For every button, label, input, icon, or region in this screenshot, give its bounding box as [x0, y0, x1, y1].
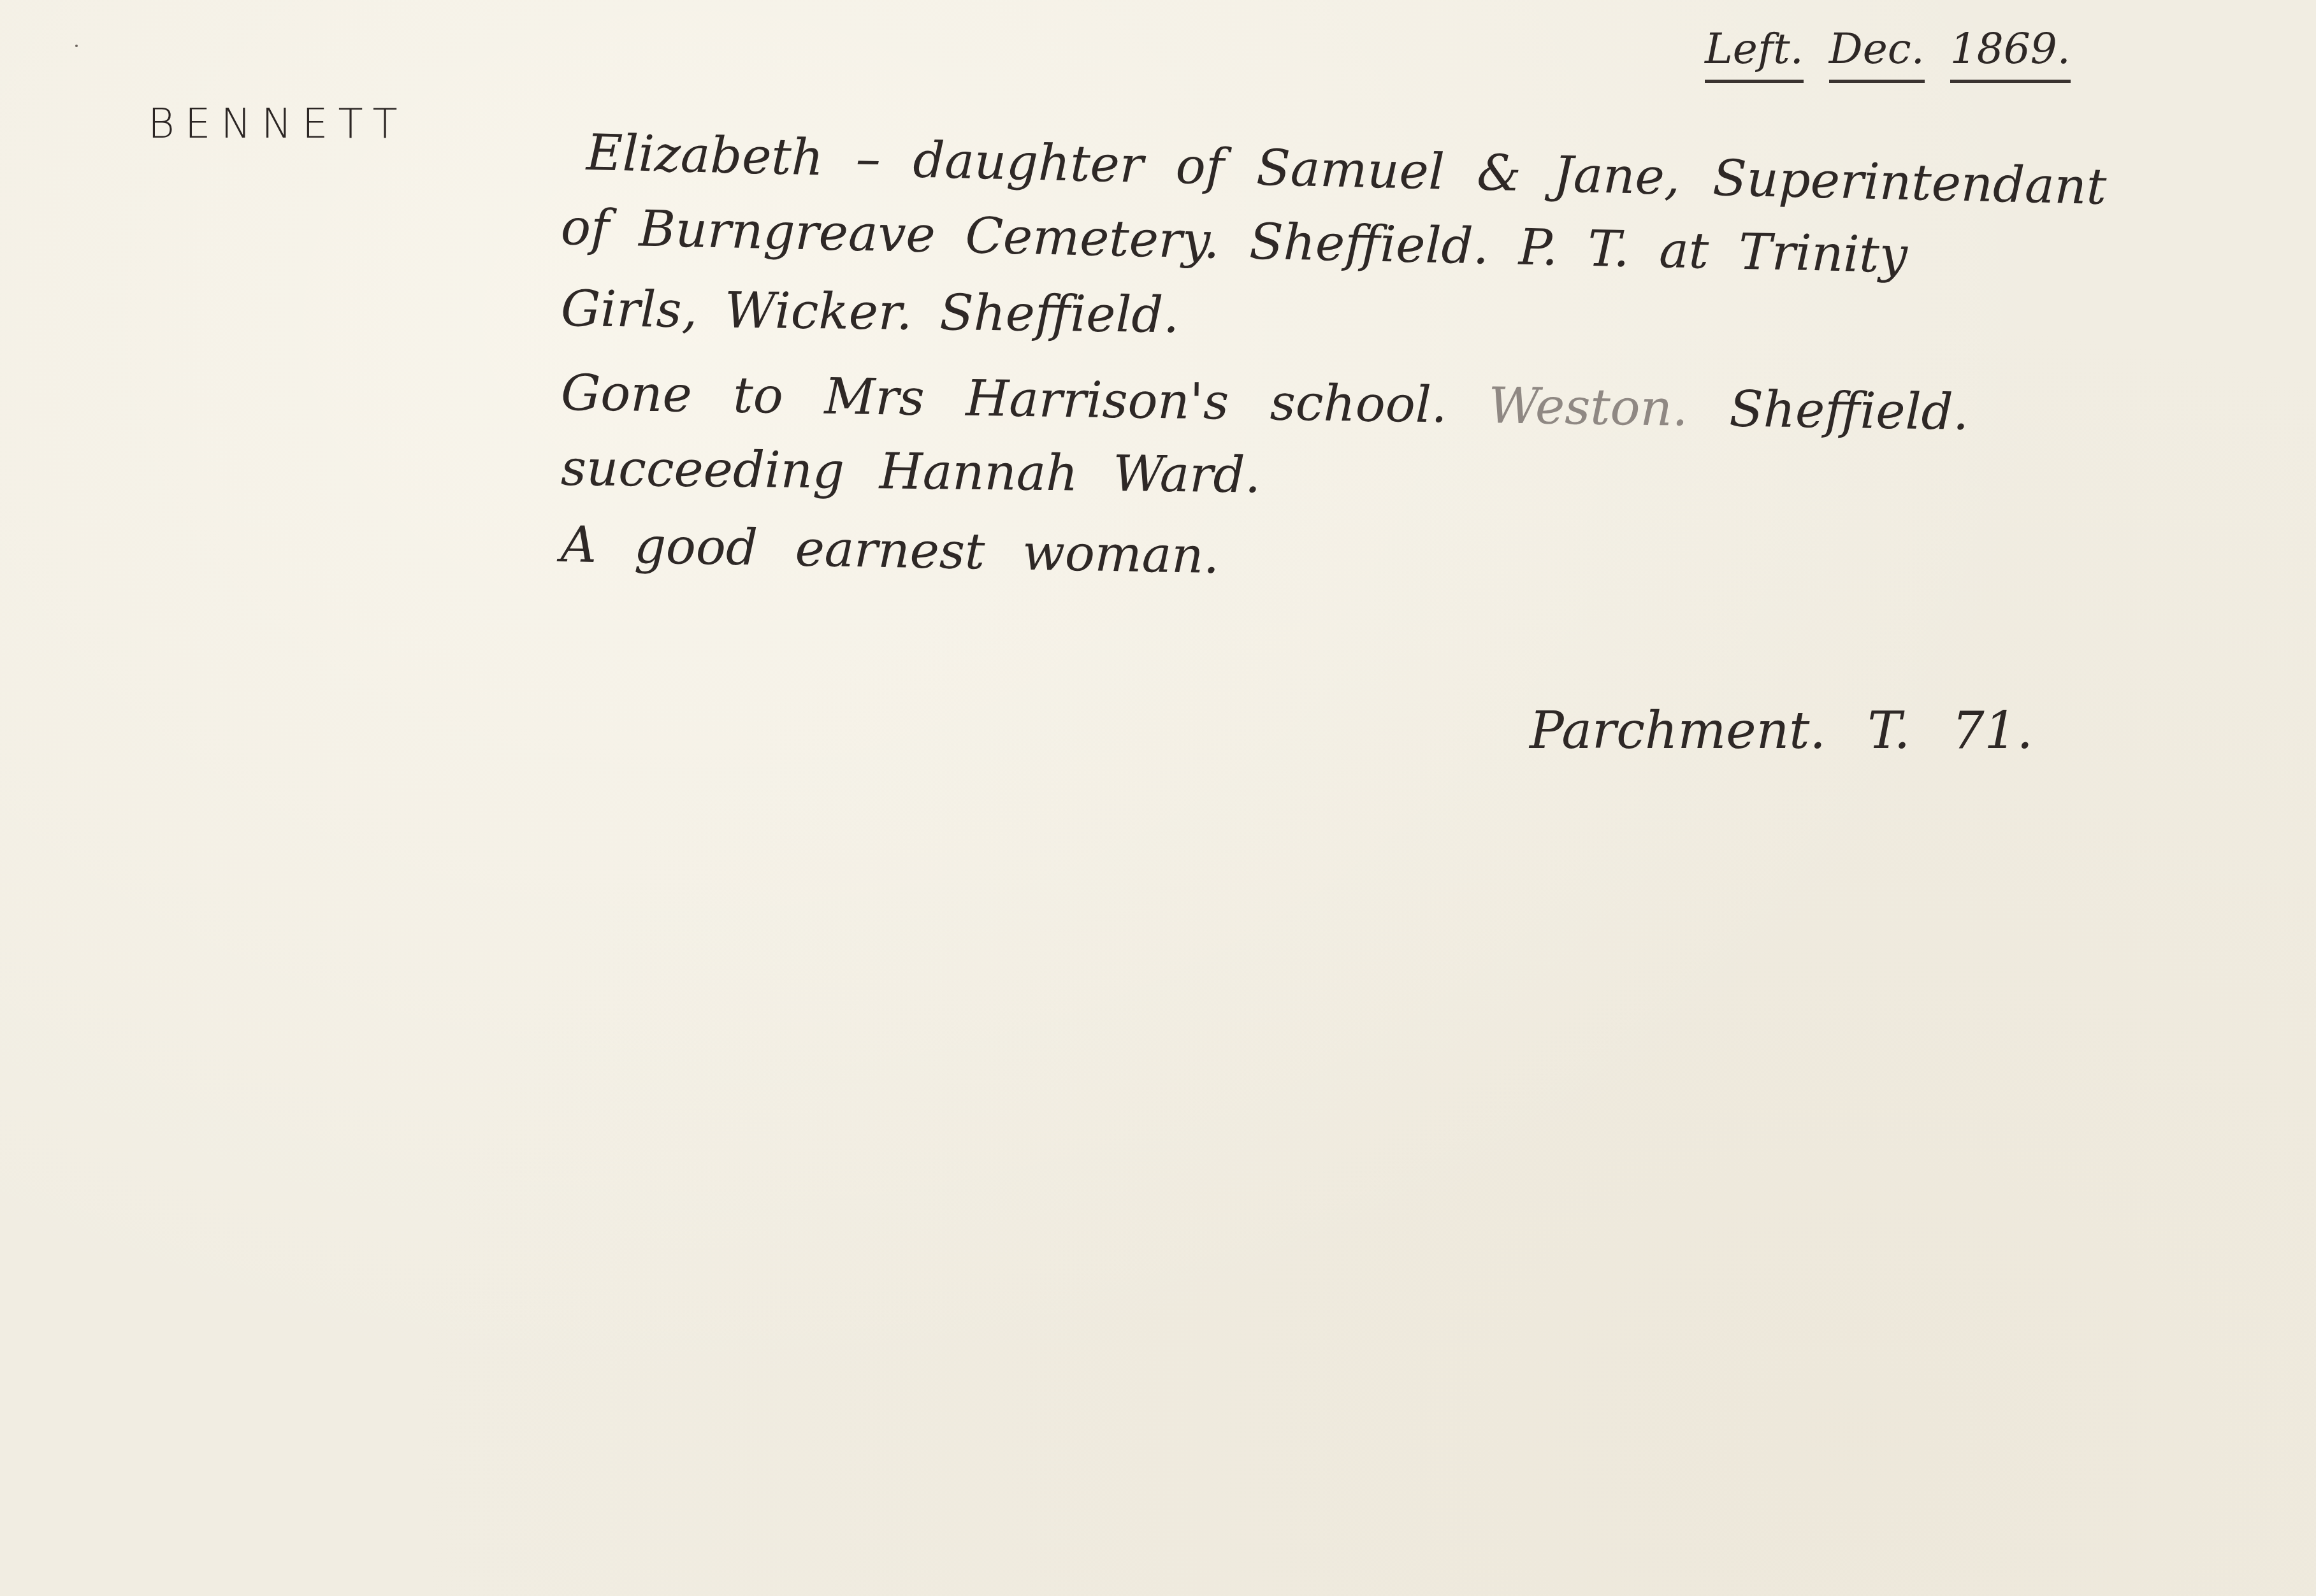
- left-date: Left. Dec. 1869.: [1705, 24, 2071, 83]
- certificate-note: Parchment. T. 71.: [1530, 701, 2033, 760]
- left-year: 1869.: [1950, 24, 2071, 83]
- surname-heading: BENNETT: [148, 101, 408, 148]
- biographical-entry: Elizabeth – daughter of Samuel & Jane, S…: [561, 111, 2307, 586]
- entry-line-4-end: Sheffield.: [1729, 381, 1969, 442]
- entry-line-3: Girls, Wicker. Sheffield.: [560, 268, 2307, 368]
- entry-line-4-start: Gone to Mrs Harrison's school.: [560, 364, 1447, 434]
- left-label: Left.: [1705, 24, 1804, 83]
- left-month: Dec.: [1829, 24, 1925, 83]
- entry-line-4-weston: Weston.: [1488, 377, 1689, 437]
- ink-speck: [75, 45, 78, 47]
